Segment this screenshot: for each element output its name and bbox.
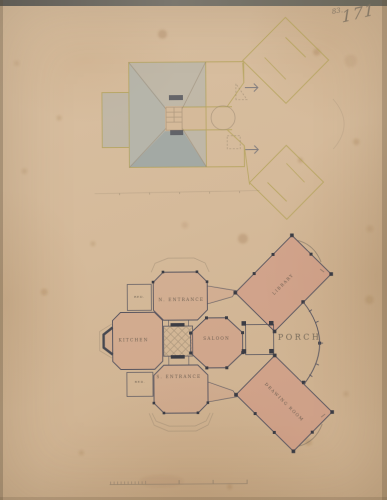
floor-plan — [99, 233, 334, 454]
room-s-entrance — [154, 365, 208, 413]
porch-arc — [303, 302, 323, 384]
room-n-entrance — [153, 272, 207, 320]
room-label-saloon: SALOON — [203, 336, 230, 341]
room-saloon — [190, 318, 242, 368]
passage-south — [208, 382, 237, 402]
roof-plan — [93, 17, 344, 221]
roof-wash-bump — [102, 92, 129, 147]
room-label-s-entrance: S. ENTRANCE — [156, 375, 201, 380]
passage-north — [207, 286, 236, 304]
room-bed-south — [127, 372, 153, 396]
accession-number: 171 — [341, 0, 375, 27]
room-label-bed-south: BED. — [135, 381, 146, 384]
stair-hall-tiles — [164, 326, 193, 356]
room-label-bed-north: BED. — [134, 296, 145, 299]
room-label-n-entrance: N. ENTRANCE — [159, 298, 205, 303]
room-label-kitchen: KITCHEN — [119, 338, 149, 343]
artwork: KITCHEN N. ENTRANCE S. ENTRANCE SALOON L… — [0, 0, 387, 500]
drawing-sheet: KITCHEN N. ENTRANCE S. ENTRANCE SALOON L… — [0, 0, 387, 500]
room-label-porch: PORCH — [278, 333, 322, 342]
plans-svg — [0, 0, 387, 500]
